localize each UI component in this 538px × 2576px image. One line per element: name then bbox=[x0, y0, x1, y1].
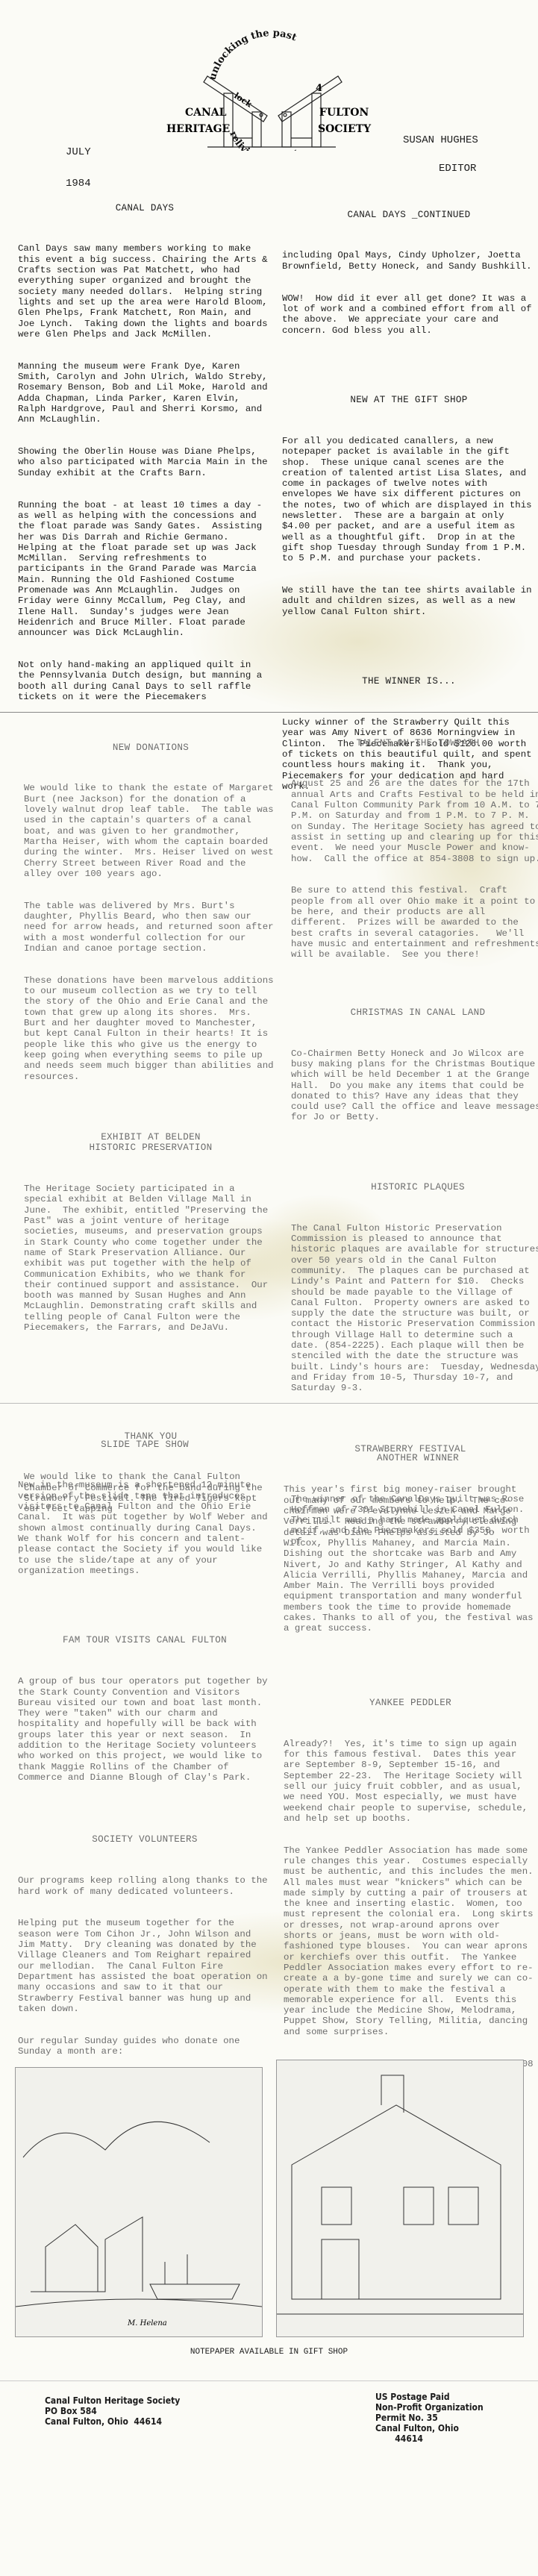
svg-text:4: 4 bbox=[316, 83, 322, 94]
paragraph: We would like to thank the estate of Mar… bbox=[24, 783, 278, 879]
heading: EXHIBIT AT BELDEN HISTORIC PRESERVATION bbox=[24, 1132, 278, 1154]
paragraph: WOW! How did it ever all get done? It wa… bbox=[282, 293, 536, 336]
paragraph: This year's first big money-raiser broug… bbox=[284, 1484, 537, 1634]
article-canal-days: CANAL DAYS Canl Days saw many members wo… bbox=[18, 181, 272, 724]
paragraph: Co-Chairmen Betty Honeck and Jo Wilcox a… bbox=[291, 1048, 538, 1123]
paragraph: For all you dedicated canallers, a new n… bbox=[282, 436, 536, 564]
heading: THE WINNER IS... bbox=[282, 676, 536, 687]
editor-title: EDITOR bbox=[439, 163, 476, 175]
page-break-line bbox=[0, 712, 538, 713]
heading: NEW AT THE GIFT SHOP bbox=[282, 395, 536, 405]
svg-text:FULTON: FULTON bbox=[319, 107, 369, 119]
heading: NEW DONATIONS bbox=[24, 743, 278, 753]
paragraph: We still have the tan tee shirts availab… bbox=[282, 585, 536, 617]
paragraph: Our regular Sunday guides who donate one… bbox=[18, 2036, 272, 2057]
paragraph: Showing the Oberlin House was Diane Phel… bbox=[18, 446, 272, 478]
page-break-line bbox=[0, 1403, 538, 1404]
article-new-donations: NEW DONATIONS We would like to thank the… bbox=[24, 721, 278, 1536]
paragraph: The table was delivered by Mrs. Burt's d… bbox=[24, 901, 278, 954]
svg-text:unlocking the past: unlocking the past bbox=[207, 28, 298, 81]
svg-text:lock: lock bbox=[232, 91, 254, 110]
paragraph: Canl Days saw many members working to ma… bbox=[18, 243, 272, 340]
paragraph: Be sure to attend this festival. Craft p… bbox=[291, 885, 538, 960]
svg-text:CANAL: CANAL bbox=[185, 107, 227, 119]
postage-indicia: US Postage Paid Non-Profit Organization … bbox=[375, 2392, 484, 2444]
editor-name: SUSAN HUGHES bbox=[403, 134, 478, 146]
heading: CHRISTMAS IN CANAL LAND bbox=[291, 1007, 538, 1018]
heading: HISTORIC PLAQUES bbox=[291, 1182, 538, 1192]
paragraph: A group of bus tour operators put togeth… bbox=[18, 1676, 272, 1783]
svg-text:M. Helena: M. Helena bbox=[127, 2319, 167, 2328]
svg-text:reliving history: reliving history bbox=[227, 130, 300, 151]
canal-scene-sketch-right bbox=[276, 2060, 524, 2337]
issue-month: JULY bbox=[66, 146, 91, 158]
heading: SLIDE TAPE SHOW bbox=[18, 1439, 272, 1450]
article-strawberry-festival: STRAWBERRY FESTIVAL This year's first bi… bbox=[284, 1422, 537, 2101]
return-address: Canal Fulton Heritage Society PO Box 584… bbox=[45, 2395, 180, 2427]
heading: FAM TOUR VISITS CANAL FULTON bbox=[18, 1635, 272, 1645]
newsletter-page: JULY 1984 SUSAN HUGHES EDITOR unlocking … bbox=[0, 0, 538, 2576]
heading: TALENT ON THE TOWPATH bbox=[291, 738, 538, 748]
heading: STRAWBERRY FESTIVAL bbox=[284, 1444, 537, 1454]
paragraph: The Canal Fulton Historic Preservation C… bbox=[291, 1223, 538, 1394]
canal-scene-sketch-left: M. Helena bbox=[15, 2067, 263, 2337]
illustration-caption: NOTEPAPER AVAILABLE IN GIFT SHOP bbox=[0, 2348, 538, 2357]
heading: YANKEE PEDDLER bbox=[284, 1698, 537, 1708]
heading: CANAL DAYS _CONTINUED bbox=[282, 210, 536, 220]
svg-text:HERITAGE: HERITAGE bbox=[166, 123, 230, 135]
paragraph: Our programs keep rolling along thanks t… bbox=[18, 1875, 272, 1897]
heading: CANAL DAYS bbox=[18, 203, 272, 213]
heading: SOCIETY VOLUNTEERS bbox=[18, 1834, 272, 1845]
paragraph: Not only hand-making an appliqued quilt … bbox=[18, 660, 272, 702]
paragraph: These donations have been marvelous addi… bbox=[24, 975, 278, 1082]
society-logo-lock-icon: unlocking the past reliving history lock… bbox=[163, 22, 379, 151]
paragraph: The Heritage Society participated in a s… bbox=[24, 1184, 278, 1333]
paragraph: New in the museum is a shortened 12-minu… bbox=[18, 1480, 272, 1576]
paragraph: Manning the museum were Frank Dye, Karen… bbox=[18, 361, 272, 425]
paragraph: Already?! Yes, it's time to sign up agai… bbox=[284, 1739, 537, 1824]
svg-text:SOCIETY: SOCIETY bbox=[318, 123, 372, 135]
page-break-line bbox=[0, 2380, 538, 2381]
paragraph: including Opal Mays, Cindy Upholzer, Joe… bbox=[282, 250, 536, 272]
paragraph: The Yankee Peddler Association has made … bbox=[284, 1845, 537, 2037]
paragraph: Helping put the museum together for the … bbox=[18, 1918, 272, 2014]
paragraph: Running the boat - at least 10 times a d… bbox=[18, 500, 272, 639]
paragraph: August 25 and 26 are the dates for the 1… bbox=[291, 778, 538, 863]
